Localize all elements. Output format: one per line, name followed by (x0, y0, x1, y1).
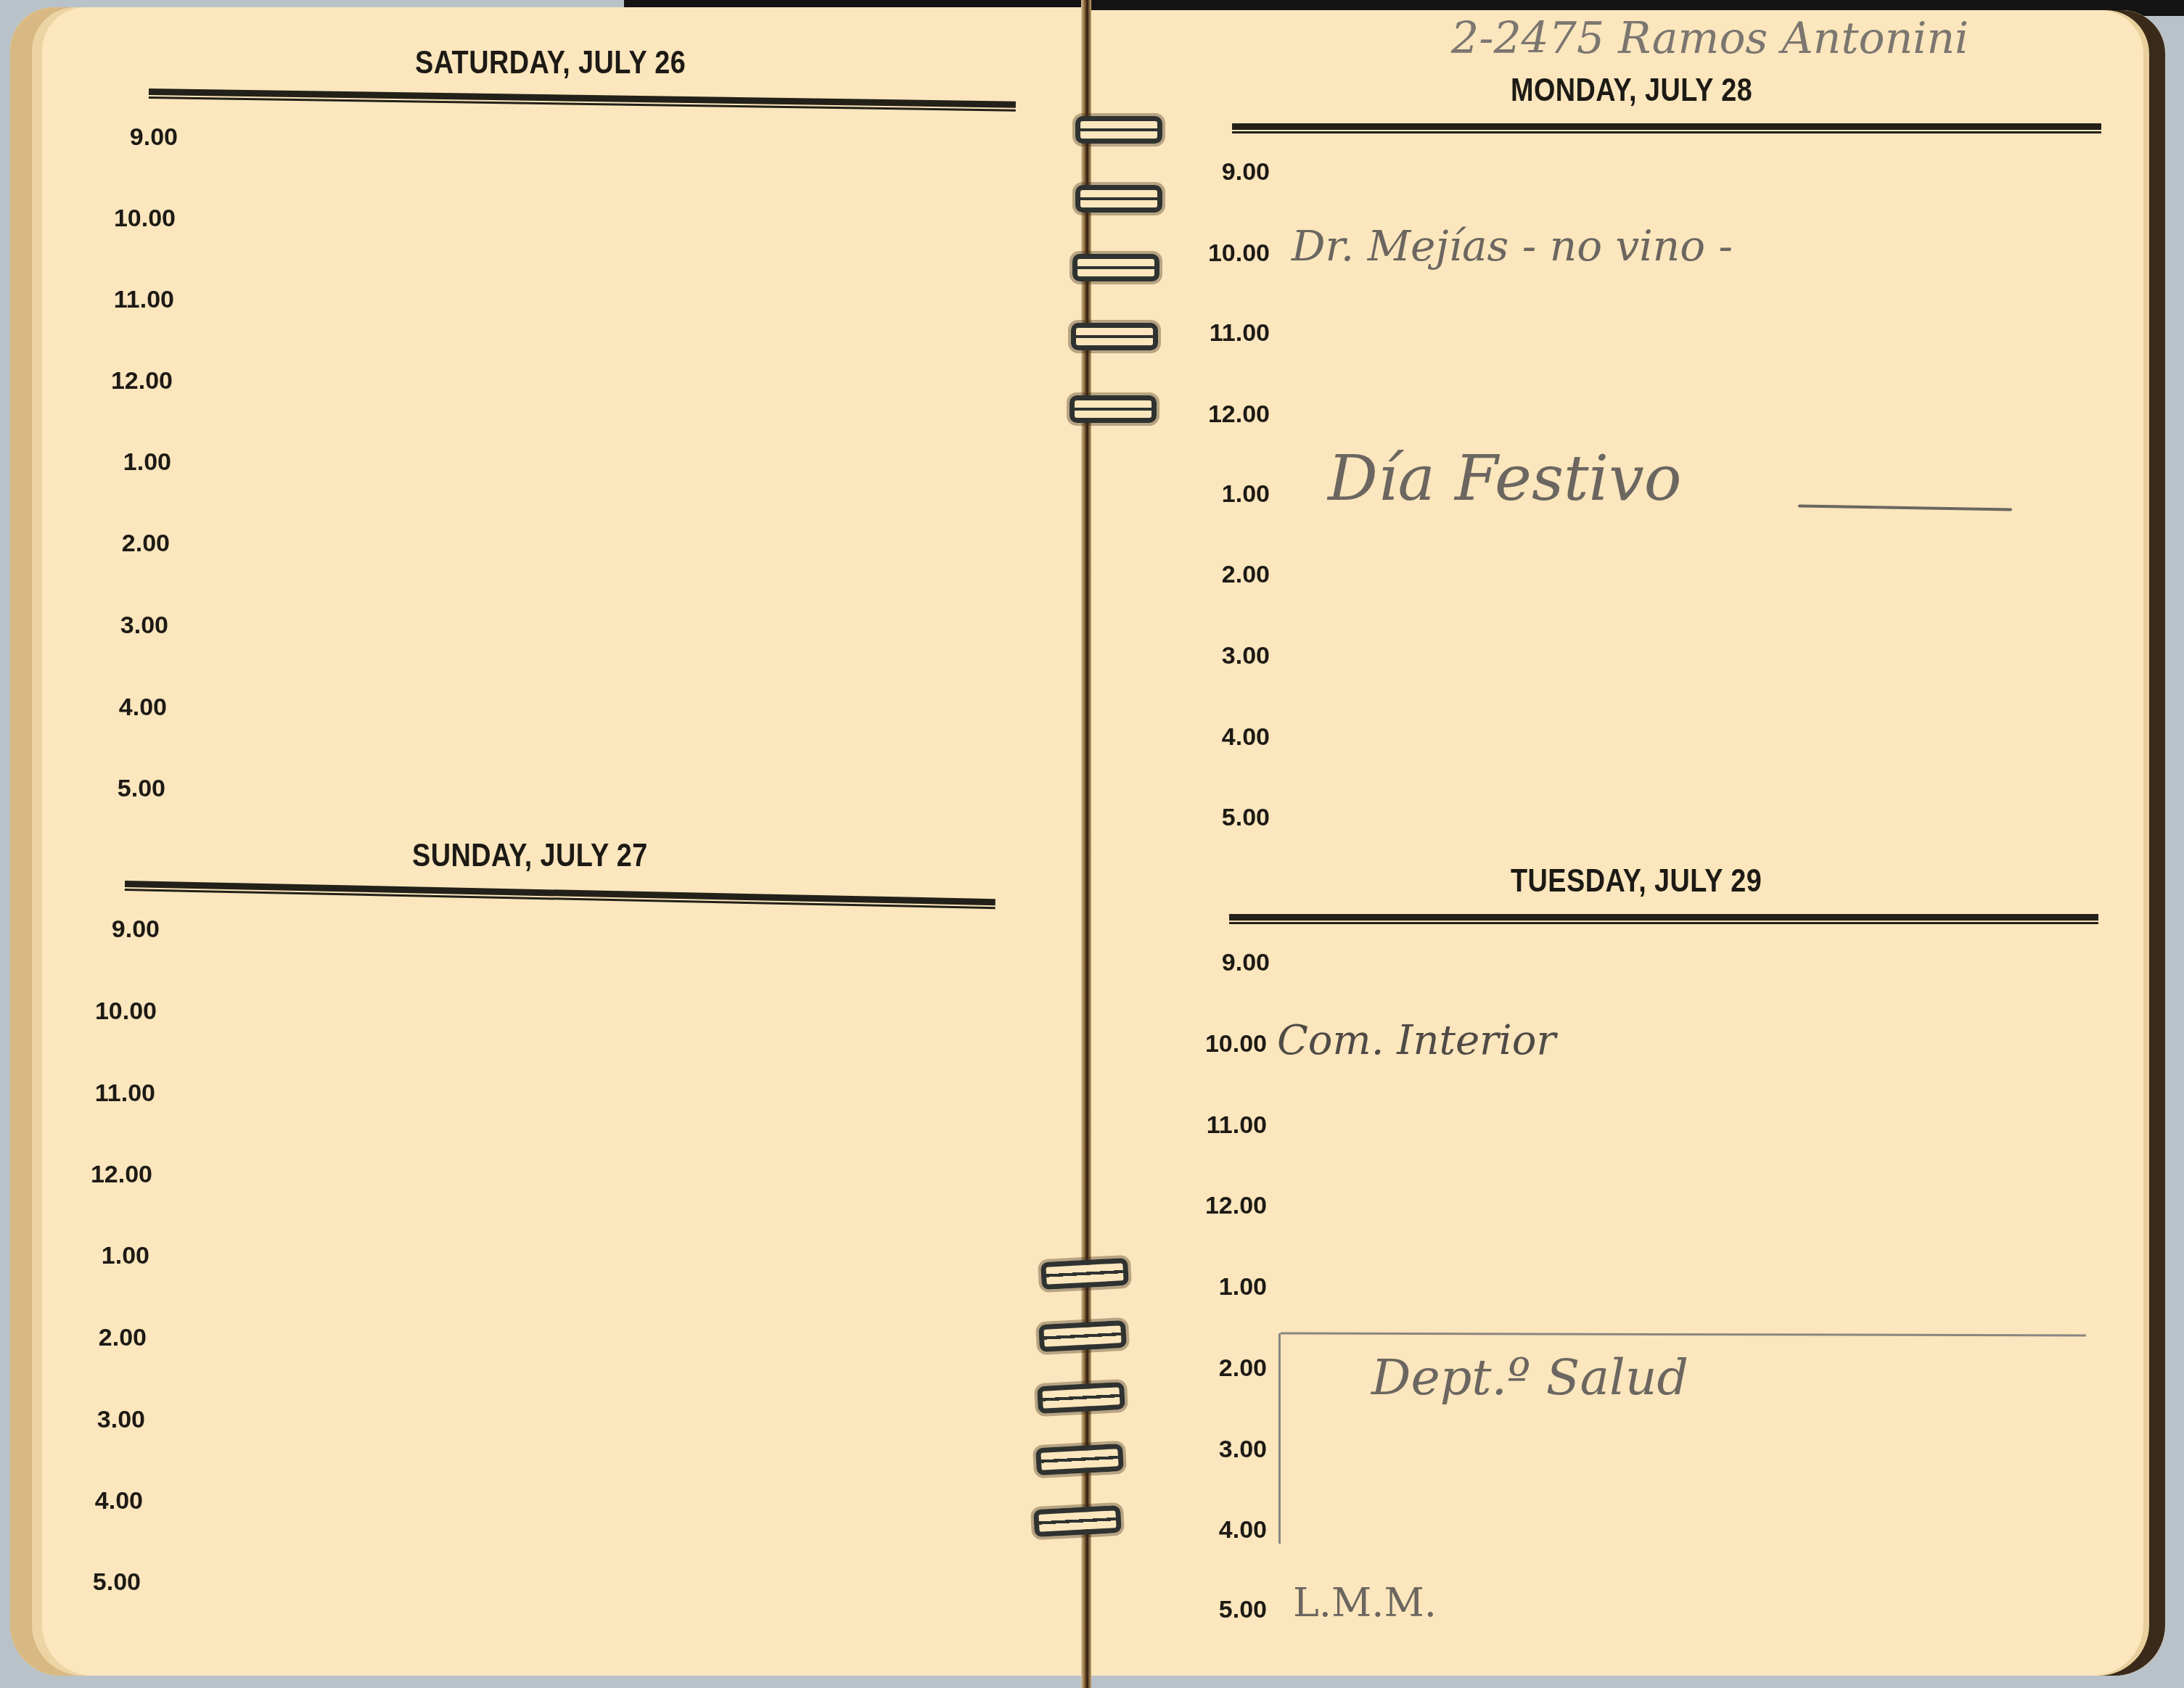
time-label: 4.00 (49, 1487, 143, 1515)
time-label: 4.00 (1173, 1516, 1267, 1544)
time-label: 2.00 (1175, 561, 1270, 589)
time-label: 4.00 (73, 693, 167, 722)
handwritten-note-mejias: Dr. Mejías - no vino - (1292, 221, 1733, 271)
handwritten-note-lmm: L.M.M. (1293, 1580, 1437, 1626)
spiral-ring (1037, 1382, 1125, 1414)
time-label: 10.00 (81, 205, 176, 233)
time-label: 11.00 (80, 286, 174, 314)
header-rule-tuesday (1229, 914, 2098, 924)
spiral-ring (1072, 254, 1159, 281)
time-label: 1.00 (1175, 480, 1270, 509)
day-title-saturday: SATURDAY, JULY 26 (415, 45, 686, 81)
time-label: 11.00 (1175, 319, 1270, 347)
spiral-ring (1070, 395, 1157, 423)
time-label: 12.00 (1175, 400, 1270, 429)
handwritten-note-com-interior: Com. Interior (1277, 1017, 1556, 1064)
spiral-ring (1035, 1444, 1124, 1475)
spiral-ring (1075, 185, 1162, 213)
time-label: 5.00 (46, 1568, 141, 1597)
time-label: 1.00 (77, 448, 171, 477)
time-label: 3.00 (1175, 642, 1270, 670)
time-label: 12.00 (1173, 1192, 1267, 1220)
time-label: 10.00 (1173, 1030, 1267, 1058)
handwritten-note-dia-festivo: Día Festivo (1328, 442, 1682, 515)
time-label: 9.00 (1175, 949, 1270, 977)
time-label: 2.00 (1173, 1354, 1267, 1383)
time-label: 9.00 (1175, 158, 1270, 186)
spiral-ring (1038, 1320, 1127, 1352)
time-label: 1.00 (1173, 1273, 1267, 1301)
spiral-ring (1033, 1505, 1122, 1537)
time-label: 11.00 (1173, 1111, 1267, 1140)
time-label: 10.00 (1175, 239, 1270, 268)
time-label: 5.00 (1173, 1596, 1267, 1624)
time-label: 5.00 (71, 775, 165, 803)
time-label: 9.00 (65, 915, 160, 944)
time-label: 10.00 (62, 997, 157, 1026)
time-label: 4.00 (1175, 723, 1270, 752)
time-label: 11.00 (61, 1079, 155, 1108)
spiral-ring (1040, 1258, 1129, 1290)
spiral-ring (1075, 116, 1162, 144)
time-label: 12.00 (78, 367, 173, 395)
handwritten-phone-note: 2-2475 Ramos Antonini (1451, 13, 1969, 64)
time-label: 1.00 (55, 1242, 149, 1270)
time-label: 9.00 (83, 123, 178, 152)
time-label: 3.00 (74, 612, 168, 640)
spiral-ring (1071, 323, 1158, 350)
header-rule-monday (1232, 123, 2101, 133)
time-label: 3.00 (1173, 1436, 1267, 1464)
time-label: 3.00 (51, 1406, 145, 1434)
time-label: 2.00 (75, 530, 170, 558)
handwritten-note-dept-salud: Dept.º Salud (1371, 1349, 1688, 1407)
time-label: 12.00 (58, 1161, 152, 1189)
day-title-monday: MONDAY, JULY 28 (1511, 73, 1752, 109)
time-label: 5.00 (1175, 804, 1270, 832)
day-title-tuesday: TUESDAY, JULY 29 (1511, 863, 1762, 899)
time-label: 2.00 (52, 1324, 147, 1352)
pencil-box-left (1278, 1333, 1281, 1544)
day-title-sunday: SUNDAY, JULY 27 (412, 838, 648, 874)
